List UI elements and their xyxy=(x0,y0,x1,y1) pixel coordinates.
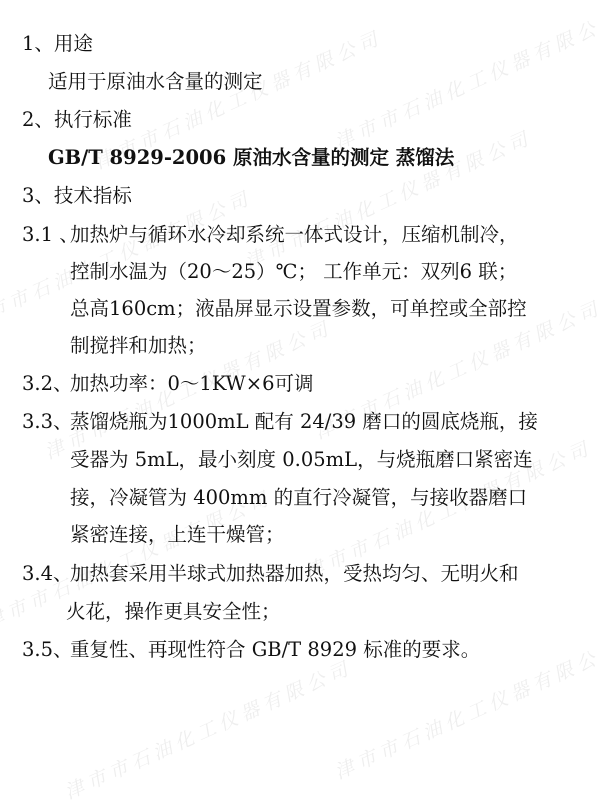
spec-3-1-line: 控制水温为（20～25）℃； 工作单元：双列6 联； xyxy=(70,260,517,284)
section-standard-text: GB/T 8929-2006 原油水含量的测定 蒸馏法 xyxy=(48,146,454,170)
spec-3-2-line: 加热功率：0～1KW×6可调 xyxy=(70,372,313,396)
spec-3-3-line: 受器为 5mL，最小刻度 0.05mL，与烧瓶磨口紧密连 xyxy=(70,448,533,472)
spec-3-2-number: 3.2、 xyxy=(22,372,73,396)
watermark-text: 津市市石油化工仪器有限公司 xyxy=(330,3,600,155)
section-heading-specs: 3、技术指标 xyxy=(22,184,132,208)
spec-3-3-line: 接，冷凝管为 400mm 的直行冷凝管，与接收器磨口 xyxy=(70,486,527,510)
spec-3-3-line: 蒸馏烧瓶为1000mL 配有 24/39 磨口的圆底烧瓶，接 xyxy=(70,410,538,434)
spec-3-1-line: 制搅拌和加热； xyxy=(70,334,207,358)
spec-3-3-number: 3.3、 xyxy=(22,410,73,434)
spec-3-5-line: 重复性、再现性符合 GB/T 8929 标准的要求。 xyxy=(70,638,480,662)
watermark-text: 津市市石油化工仪器有限公司 xyxy=(60,653,356,800)
spec-3-1-line: 总高160cm；液晶屏显示设置参数，可单控或全部控 xyxy=(70,297,527,321)
spec-3-5-number: 3.5、 xyxy=(22,638,73,662)
spec-3-3-line: 紧密连接，上连干燥管； xyxy=(70,523,285,547)
section-usage-text: 适用于原油水含量的测定 xyxy=(48,70,263,94)
spec-3-4-line: 加热套采用半球式加热器加热，受热均匀、无明火和 xyxy=(70,562,519,586)
section-heading-standard: 2、执行标准 xyxy=(22,108,132,132)
spec-3-4-number: 3.4、 xyxy=(22,562,73,586)
spec-3-1-line: 加热炉与循环水冷却系统一体式设计，压缩机制冷， xyxy=(70,223,519,247)
spec-3-4-line: 火花，操作更具安全性； xyxy=(66,600,281,624)
section-heading-usage: 1、用途 xyxy=(22,32,93,56)
